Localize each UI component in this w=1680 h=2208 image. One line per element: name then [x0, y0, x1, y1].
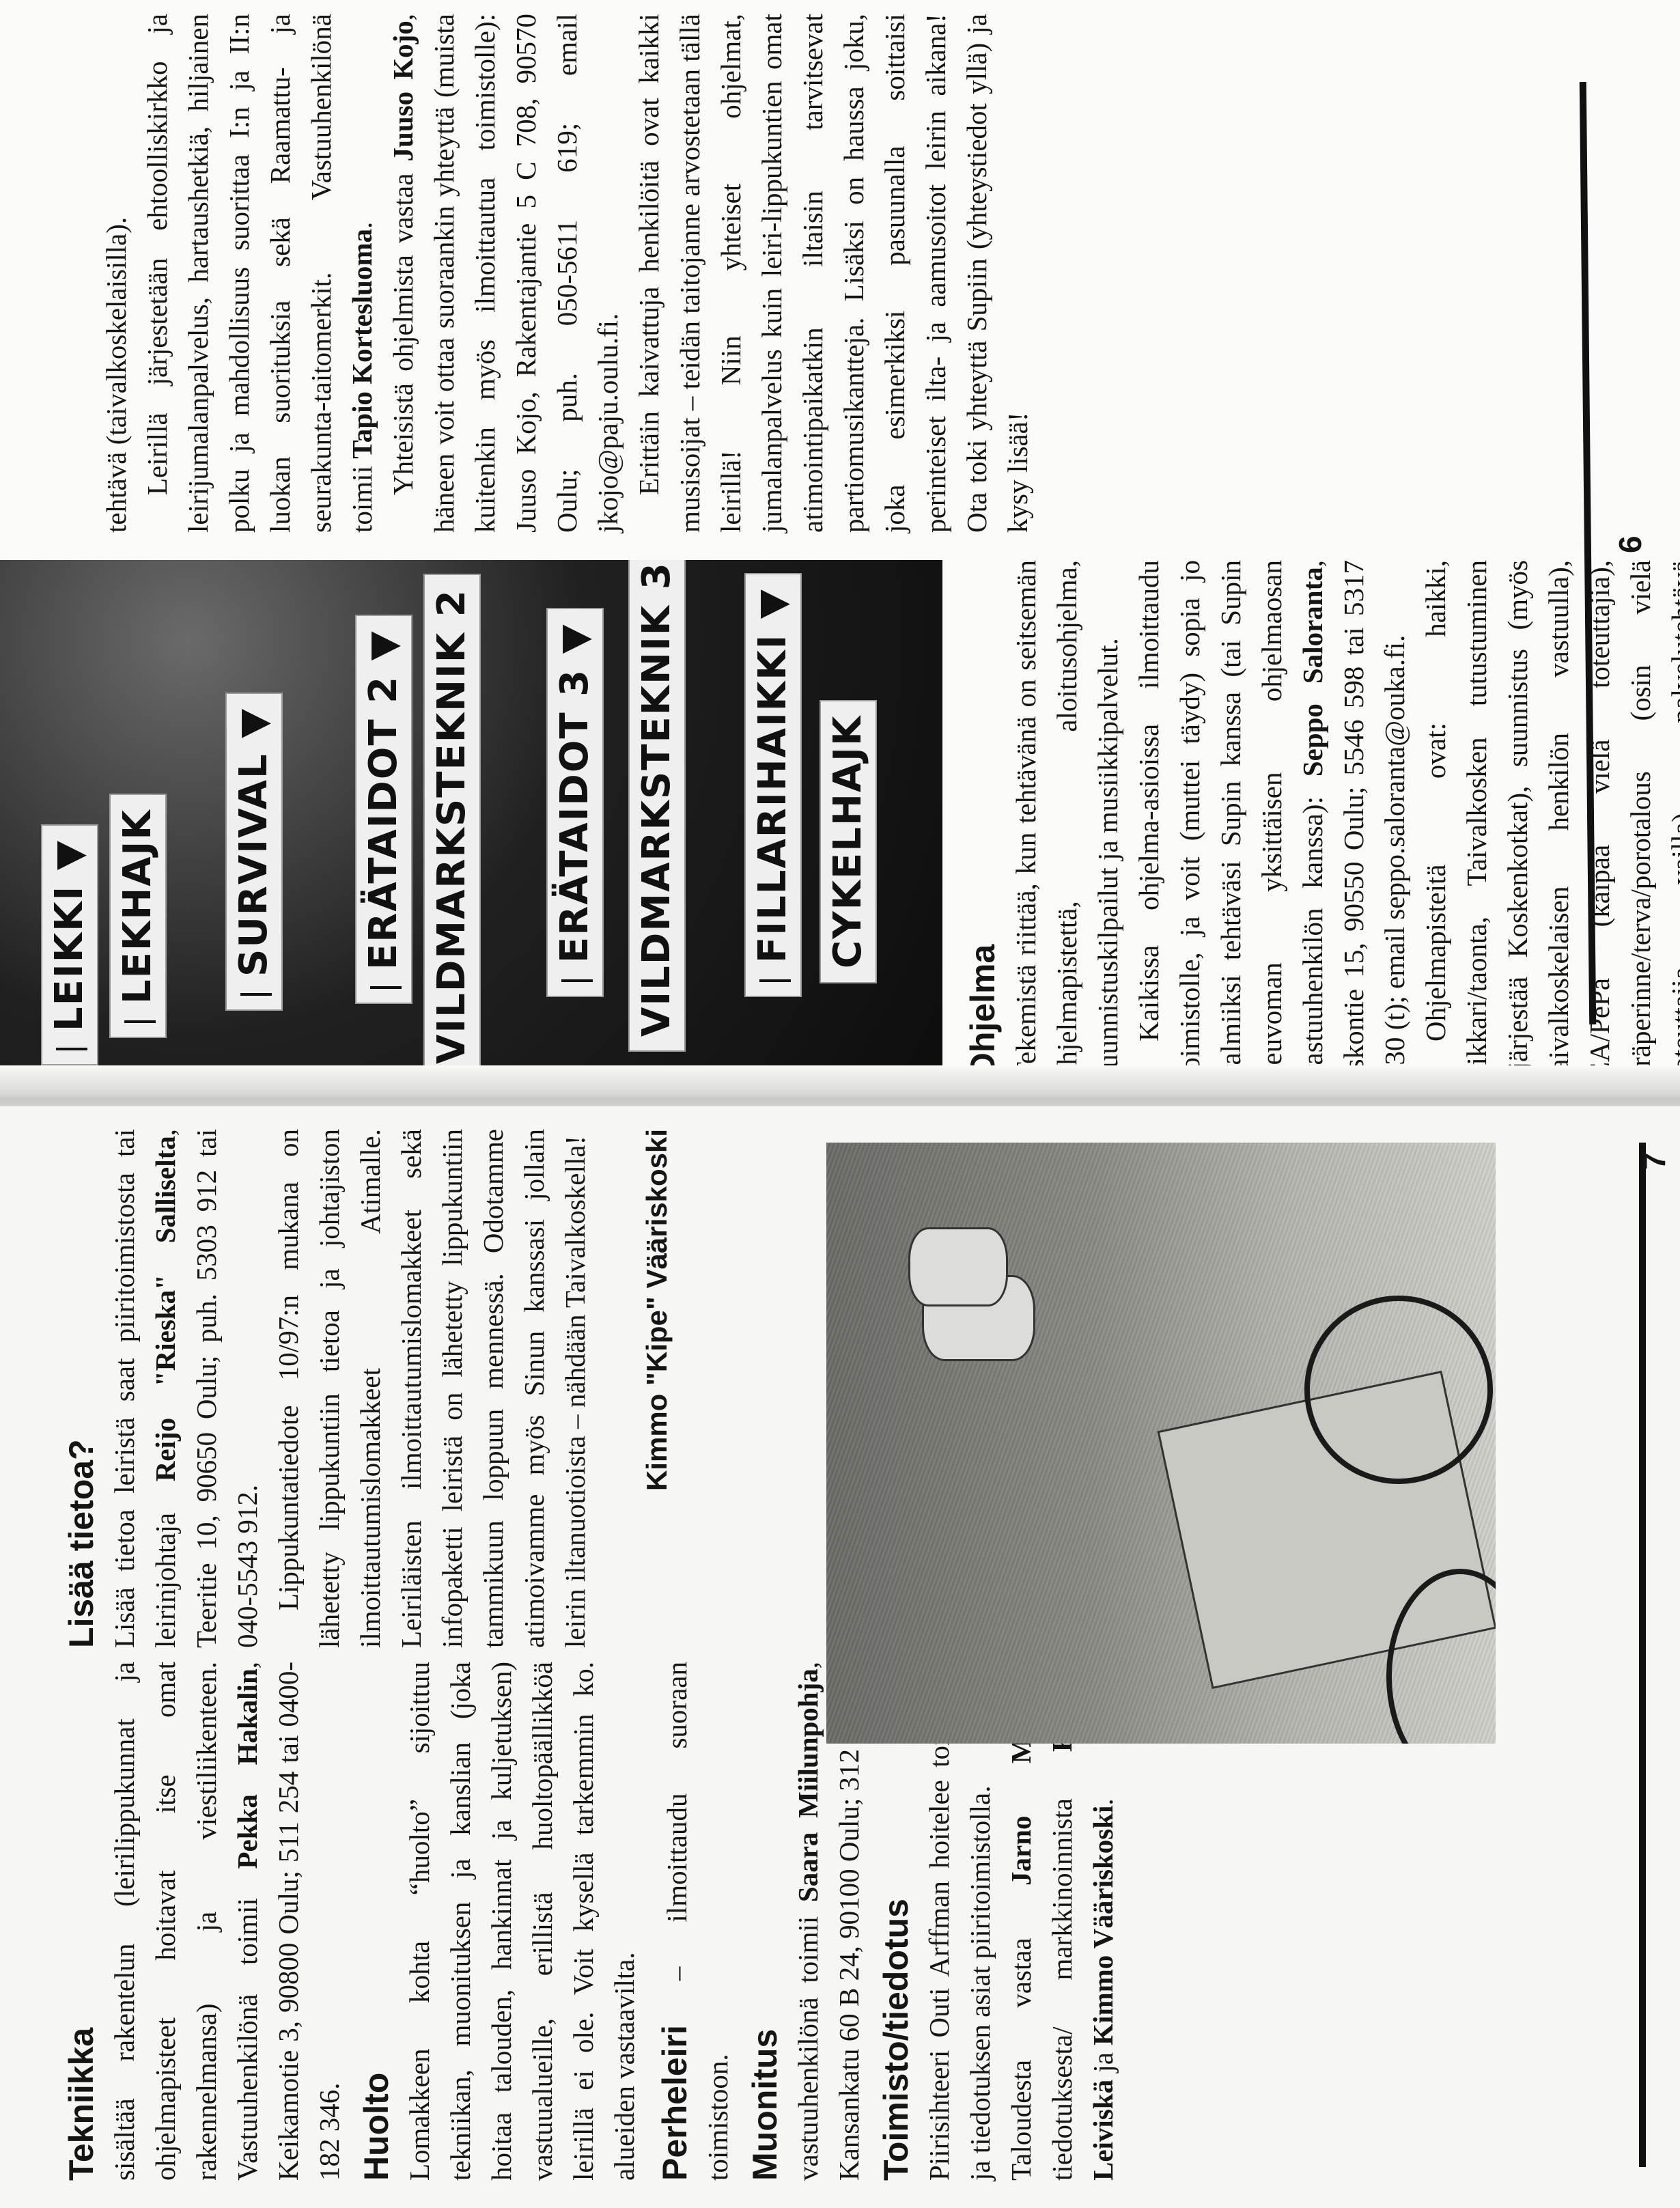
- continued-text: tehtävä (taivalkoskelaisilla).: [96, 14, 137, 533]
- sign: SURVIVAL ▼: [225, 693, 283, 1011]
- page-number: 6: [1612, 535, 1649, 553]
- sign: CYKELHAJK: [820, 700, 877, 983]
- footer-rule: [1639, 1143, 1646, 2167]
- sign: VILDMARKSTEKNIK 2: [423, 574, 481, 1079]
- bold-name: Kimmo Vääriskoski: [1087, 1806, 1119, 2045]
- paragraph: sisältää rakentelun (leirilippukunnat ja…: [104, 1662, 350, 2181]
- sign: FILLARIHAIKKI ▼: [744, 573, 802, 997]
- bold-name: Pekka Hakalin: [232, 1668, 263, 1869]
- lisaa-body: Lisää tietoa leiristä saat piiritoimisto…: [104, 1129, 596, 1648]
- wheelbarrow-photo: [826, 1143, 1496, 1744]
- bold-name: Seppo Saloranta: [1297, 567, 1328, 777]
- paragraph: Ohjelmapisteitä ovat: haikki, nikkari/ta…: [1415, 560, 1680, 1079]
- bold-name: Reijo "Rieska" Salliselta: [150, 1136, 181, 1481]
- paragraph: Yhteisistä ohjelmista vastaa Juuso Kojo,…: [382, 14, 628, 533]
- paragraph: Lomakkeen kohta “huolto” sijoittuu tekni…: [399, 1662, 645, 2181]
- photo-detail: [908, 1227, 1008, 1306]
- page-number: 7: [1636, 1152, 1672, 1170]
- sign: ERÄTAIDOT 2 ▼: [355, 615, 412, 1004]
- paragraph: Lippukuntatiedote 10/97:n mukana on lähe…: [268, 1129, 596, 1648]
- lisaa-tietoa-column: Lisää tietoa? Lisää tietoa leiristä saat…: [55, 1129, 677, 1648]
- section-heading: Muonitus: [744, 1662, 786, 2181]
- section-heading: Ohjelma: [962, 560, 1004, 1079]
- page-7-sheet: 7 Tekniikkasisältää rakentelun (leirilip…: [0, 1106, 1680, 2208]
- sign: VILDMARKSTEKNIK 3: [628, 560, 686, 1052]
- bold-name: Tapio Kortesluoma: [346, 229, 378, 459]
- paragraph: Lisää tietoa leiristä saat piiritoimisto…: [104, 1129, 268, 1648]
- sign: ERÄTAIDOT 3 ▼: [546, 608, 604, 997]
- section-heading: Perheleiri: [656, 2025, 694, 2181]
- paragraph: Leirillä järjestetään ehtoolliskirkko ja…: [137, 14, 382, 533]
- section-heading: Lisää tietoa?: [60, 1129, 102, 1648]
- ohjelma-column: Ohjelma Tekemistä riittää, kun tehtävänä…: [956, 560, 1680, 1079]
- signs-photo: LEIKKI ▼ LEKHAJK SURVIVAL ▼ ERÄTAIDOT 2 …: [0, 560, 942, 1093]
- bold-name: Saara Miilunpohja: [792, 1668, 824, 1902]
- page-7: 7 Tekniikkasisältää rakentelun (leirilip…: [0, 1106, 1680, 2208]
- section-heading: Tekniikka: [60, 1662, 102, 2181]
- left-body: Leirillä järjestetään ehtoolliskirkko ja…: [137, 14, 1038, 533]
- paragraph: Perheleiri – ilmoittaudu suoraan toimist…: [654, 1662, 738, 2181]
- page-6: 6 LEIKKI ▼ LEKHAJK SURVIVAL ▼ ERÄTAIDOT …: [0, 0, 1680, 1093]
- sign: LEIKKI ▼: [41, 824, 98, 1065]
- photo-detail: [1304, 1296, 1493, 1484]
- section-heading: Huolto: [355, 1662, 397, 2181]
- jumalanpalvelus-column: tehtävä (taivalkoskelaisilla). Leirillä …: [96, 14, 1038, 533]
- paragraph: Erittäin kaivattuja henkilöitä ovat kaik…: [628, 14, 1038, 533]
- page-6-sheet: 6 LEIKKI ▼ LEKHAJK SURVIVAL ▼ ERÄTAIDOT …: [0, 0, 1680, 1093]
- bold-name: Juuso Kojo: [387, 20, 419, 161]
- paragraph: Kaikissa ohjelma-asioissa ilmoittaudu to…: [1128, 560, 1415, 1079]
- sign: LEKHAJK: [109, 794, 167, 1038]
- signature: Kimmo "Kipe" Vääriskoski: [636, 1129, 677, 1648]
- paragraph: Tekemistä riittää, kun tehtävänä on seit…: [1005, 560, 1128, 1079]
- ohjelma-body: Tekemistä riittää, kun tehtävänä on seit…: [1005, 560, 1680, 1079]
